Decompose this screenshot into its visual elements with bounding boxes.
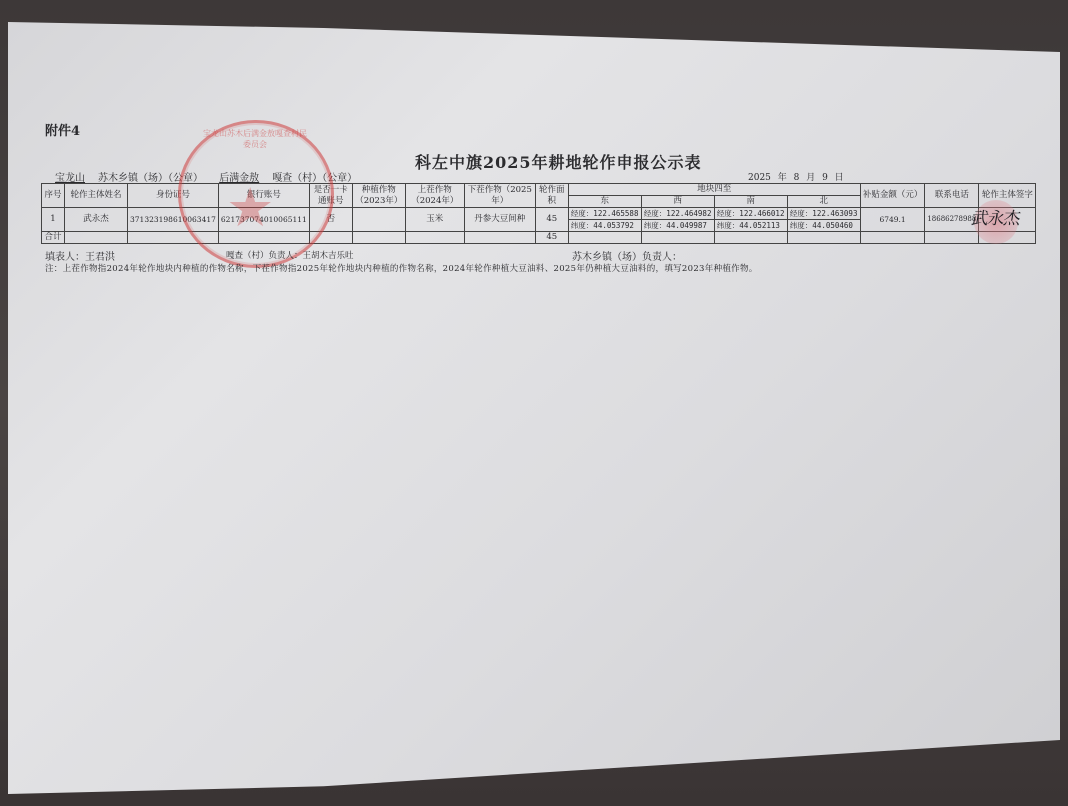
cell-south-lng: 经度：122.466012: [714, 208, 787, 220]
handwritten-signature: 武永杰: [970, 204, 1022, 229]
cell-north-lng: 经度：122.463093: [787, 208, 860, 220]
col-crop-2023: 种植作物（2023年）: [352, 184, 405, 208]
col-crop-2024: 上茬作物（2024年）: [405, 184, 464, 208]
cell-crop-2024: 玉米: [405, 208, 464, 232]
cell-west-lng: 经度：122.464982: [641, 208, 714, 220]
total-area: 45: [535, 232, 568, 244]
total-empty: [925, 232, 979, 244]
total-empty: [641, 232, 714, 244]
cell-seq: 1: [42, 208, 65, 232]
cell-west-lat: 纬度：44.049987: [641, 220, 714, 232]
cell-south-lat: 纬度：44.052113: [714, 220, 787, 232]
stamp-star-icon: ★: [226, 176, 274, 239]
col-boundaries: 地块四至: [568, 184, 860, 196]
stamp-text: 宝龙山苏木后满金敖嘎查村民委员会: [200, 128, 310, 150]
cell-east-lng: 经度：122.465588: [568, 208, 641, 220]
total-label: 合计: [42, 232, 65, 244]
col-phone: 联系电话: [925, 184, 979, 208]
document-date: 2025 年 8 月 9 日: [748, 170, 844, 183]
footnote: 注：上茬作物指2024年轮作地块内种植的作物名称，下茬作物指2025年轮作地块内…: [45, 262, 758, 274]
cell-subsidy: 6749.1: [860, 208, 925, 232]
total-empty: [65, 232, 128, 244]
cell-north-lat: 纬度：44.050460: [787, 220, 860, 232]
col-west: 西: [641, 196, 714, 208]
total-empty: [714, 232, 787, 244]
total-empty: [860, 232, 925, 244]
col-area: 轮作面积: [535, 184, 568, 208]
village-head: 嘎查（村）负责人：王胡木吉乐吐: [226, 249, 354, 261]
attachment-label: 附件4: [45, 120, 80, 139]
col-crop-2025: 下茬作物（2025年）: [464, 184, 535, 208]
col-name: 轮作主体姓名: [65, 184, 128, 208]
form-filler: 填表人：王君洪: [45, 248, 115, 263]
total-empty: [464, 232, 535, 244]
document: 附件4 科左中旗2025年耕地轮作申报公示表 2025 年 8 月 9 日 宝龙…: [0, 0, 1068, 806]
col-south: 南: [714, 196, 787, 208]
document-title: 科左中旗2025年耕地轮作申报公示表: [415, 150, 702, 173]
cell-crop-2023: [352, 208, 405, 232]
col-seq: 序号: [42, 184, 65, 208]
col-east: 东: [568, 196, 641, 208]
col-north: 北: [787, 196, 860, 208]
cell-east-lat: 纬度：44.053792: [568, 220, 641, 232]
cell-crop-2025: 丹参大豆间种: [464, 208, 535, 232]
town-head: 苏木乡镇（场）负责人：: [572, 248, 682, 263]
cell-name: 武永杰: [65, 208, 128, 232]
total-empty: [787, 232, 860, 244]
total-empty: [352, 232, 405, 244]
total-empty: [405, 232, 464, 244]
cell-area: 45: [535, 208, 568, 232]
col-subsidy: 补贴金额（元）: [860, 184, 925, 208]
total-empty: [568, 232, 641, 244]
